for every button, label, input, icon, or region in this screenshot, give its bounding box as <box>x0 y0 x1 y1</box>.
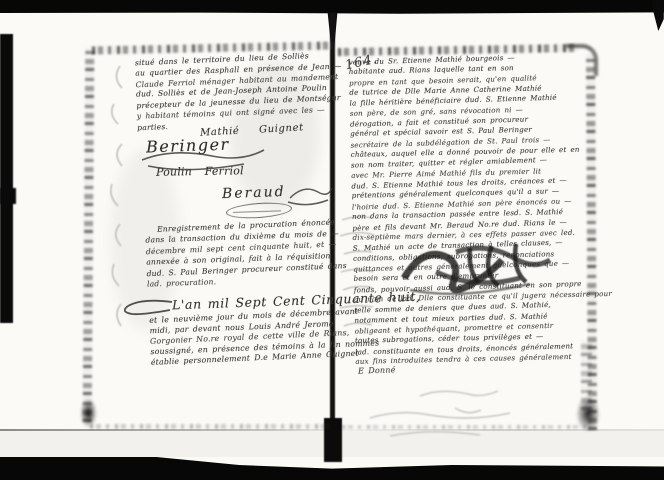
catchword: E Donné <box>358 365 396 375</box>
right-page-text: 164. veuve du Sr. Etienne Mathié bourgeo… <box>0 0 664 480</box>
microfilm-scan: situé dans le territoire du lieu de Soll… <box>0 0 664 480</box>
procuration-body: veuve du Sr. Etienne Mathié bourgeois —h… <box>349 51 606 367</box>
ink-scribble <box>396 238 571 302</box>
